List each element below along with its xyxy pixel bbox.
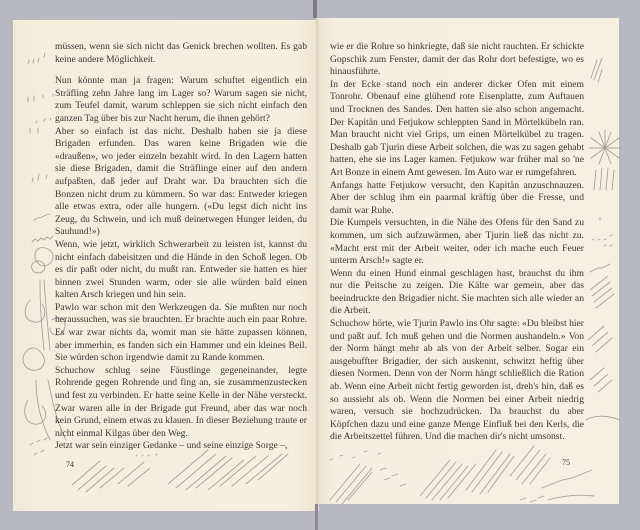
- book-gutter: [316, 18, 319, 511]
- paragraph: Nun könnte man ja fragen: Warum schuftet…: [55, 75, 307, 125]
- paragraph: Jetzt war sein einziger Gedanke – und se…: [55, 440, 307, 453]
- page-number-left: 74: [66, 460, 74, 469]
- paragraph: Schuchow hörte, wie Tjurin Pawlo ins Ohr…: [330, 318, 584, 444]
- paragraph: Wenn, wie jetzt, wirklich Schwerarbeit z…: [55, 239, 307, 302]
- left-page-text: müssen, wenn sie sich nicht das Genick b…: [55, 41, 307, 453]
- paragraph: wie er die Rohre so hinkriegte, daß sie …: [330, 41, 584, 79]
- spine-edge-bottom: [315, 504, 318, 530]
- page-number-right: 75: [562, 458, 570, 467]
- paragraph: Schuchow schlug seine Fäustlinge gegenei…: [55, 365, 307, 441]
- right-page-text: wie er die Rohre so hinkriegte, daß sie …: [330, 41, 584, 444]
- paragraph: Die Kumpels versuchten, in die Nähe des …: [330, 217, 584, 267]
- paragraph: Aber so einfach ist das nicht. Deshalb h…: [55, 126, 307, 239]
- paragraph: müssen, wenn sie sich nicht das Genick b…: [55, 41, 307, 66]
- paragraph: Wenn du einen Hund einmal geschlagen has…: [330, 268, 584, 318]
- paragraph: Anfangs hatte Fetjukow versucht, den Kap…: [330, 180, 584, 218]
- paragraph: In der Ecke stand noch ein anderer dicke…: [330, 79, 584, 180]
- paragraph: Pawlo war schon mit den Werkzeugen da. S…: [55, 302, 307, 365]
- spine-edge-top: [313, 0, 317, 18]
